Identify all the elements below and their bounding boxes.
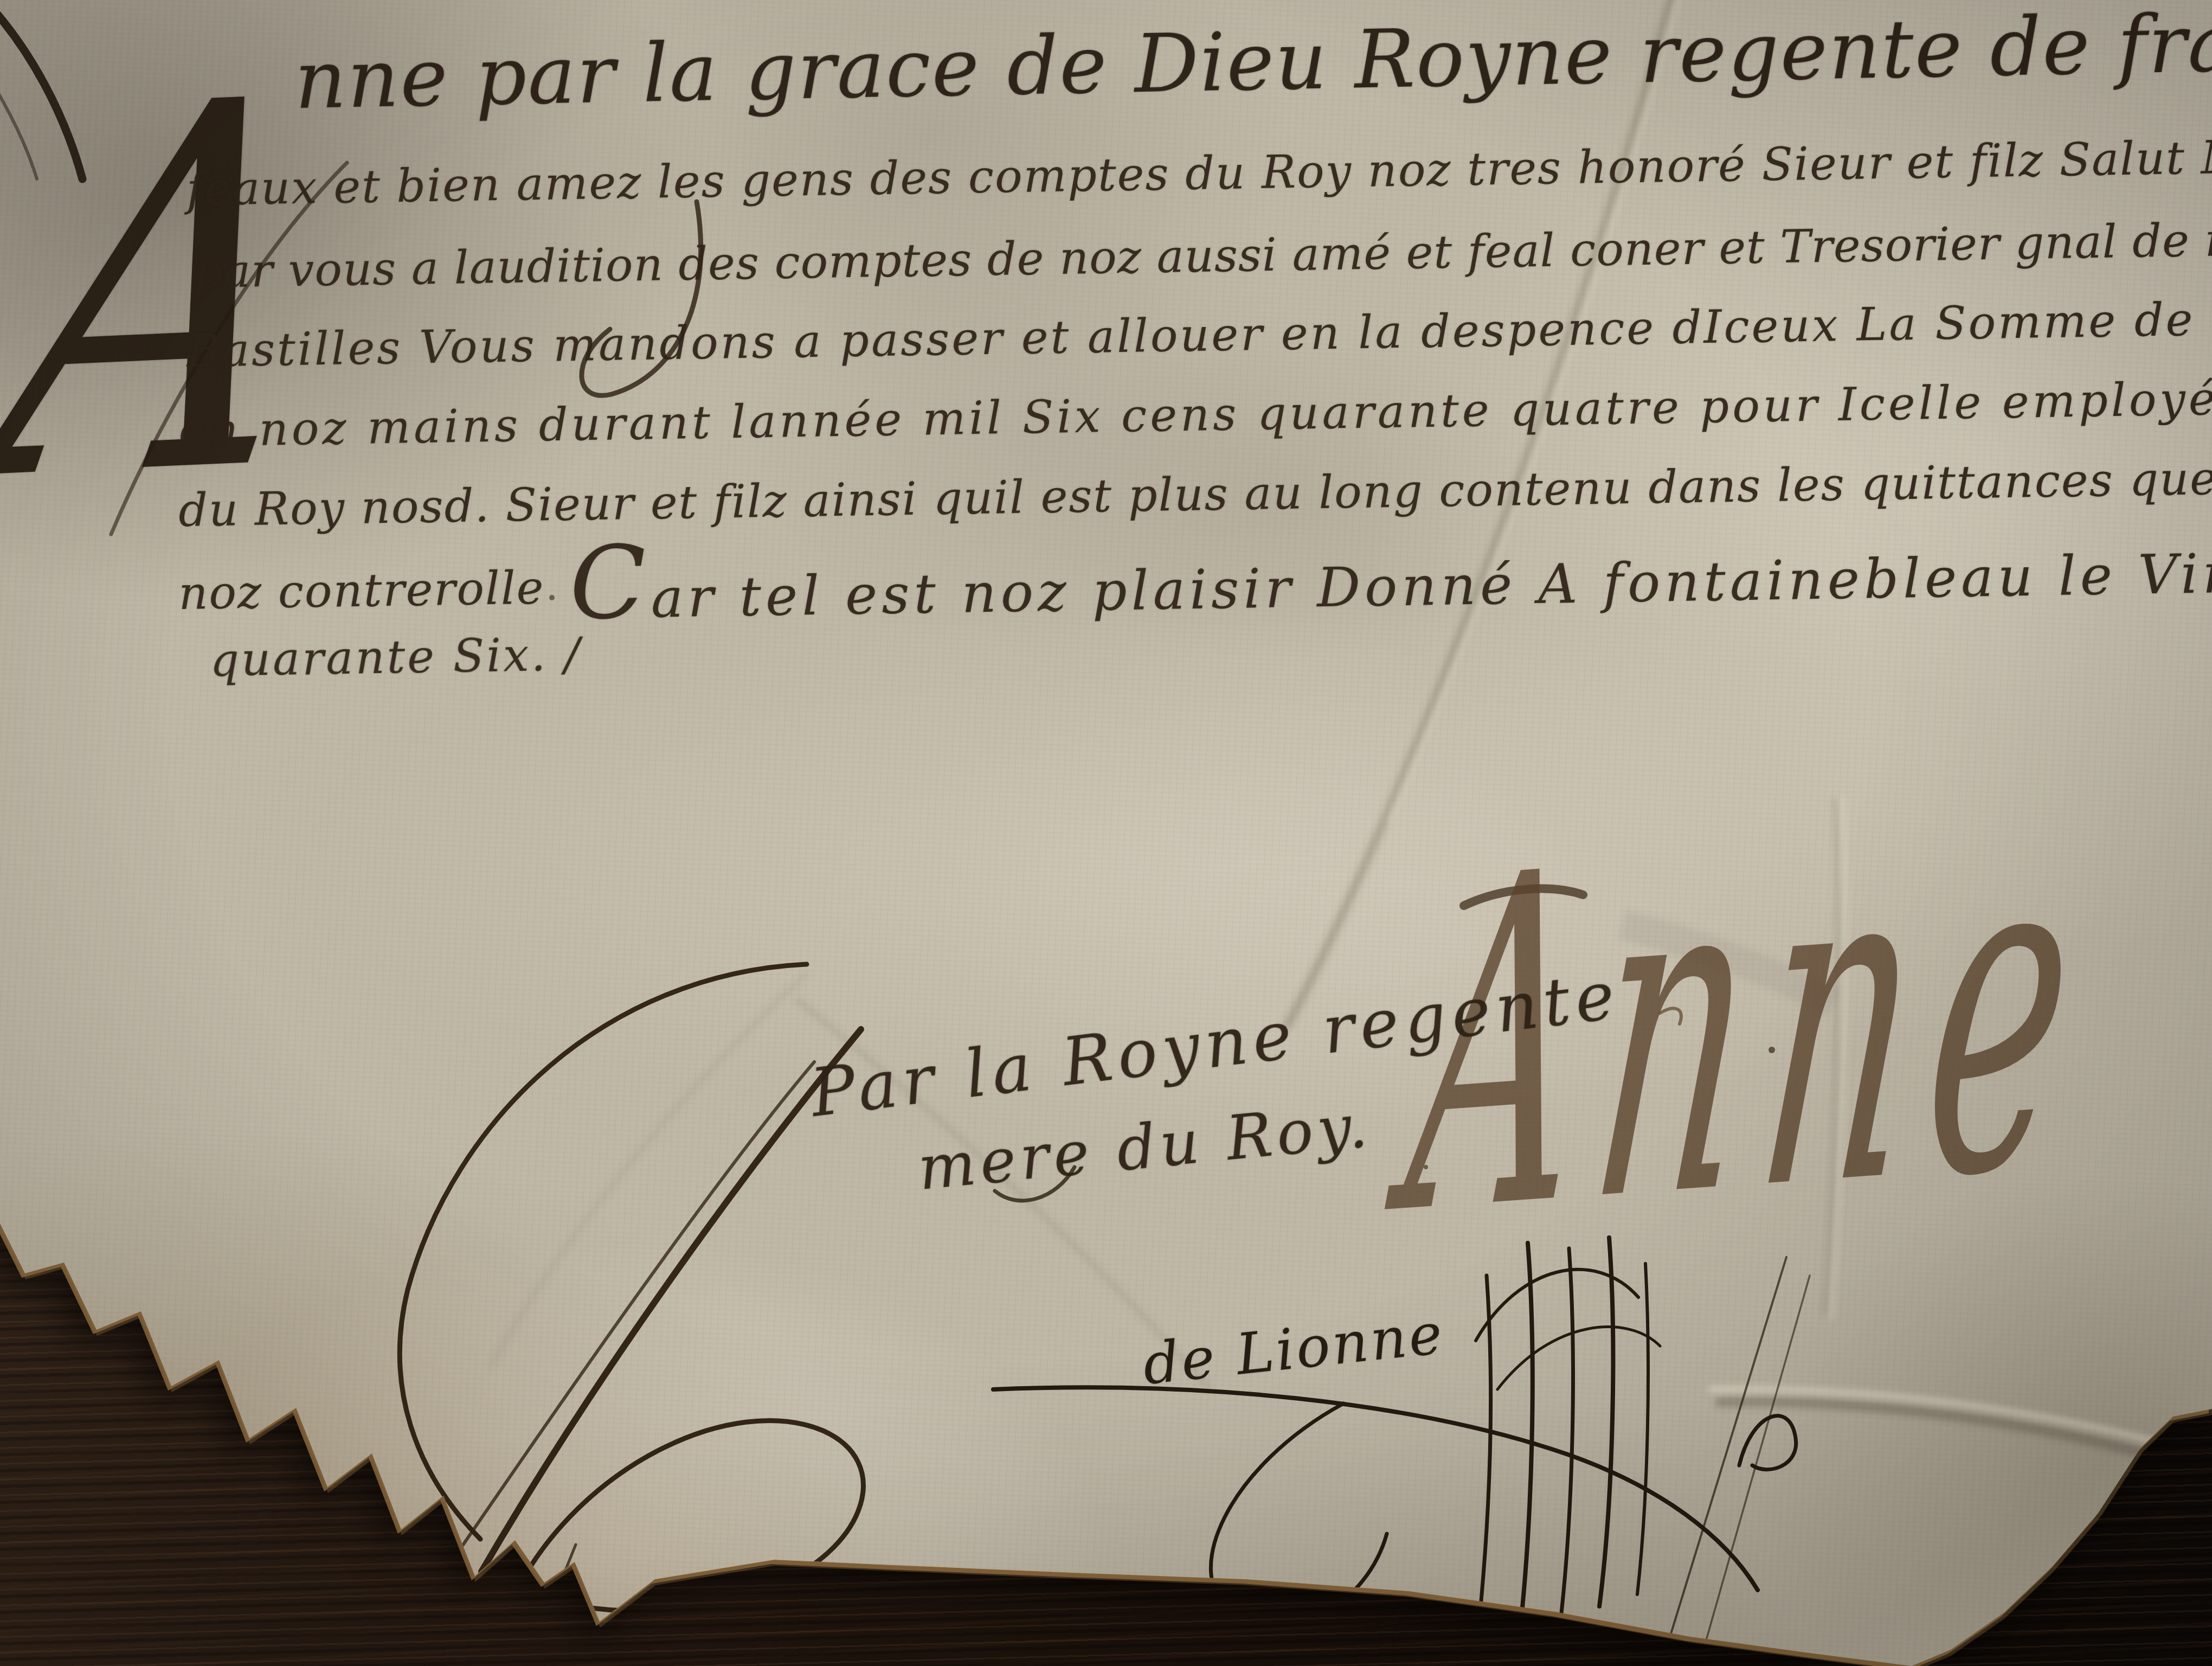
- date-line: quarante Six. /: [209, 627, 582, 687]
- closing-line-left: noz contrerolle: [178, 561, 545, 620]
- manuscript-photo: A nne par la grace de Dieu Royne regente…: [0, 0, 2212, 1666]
